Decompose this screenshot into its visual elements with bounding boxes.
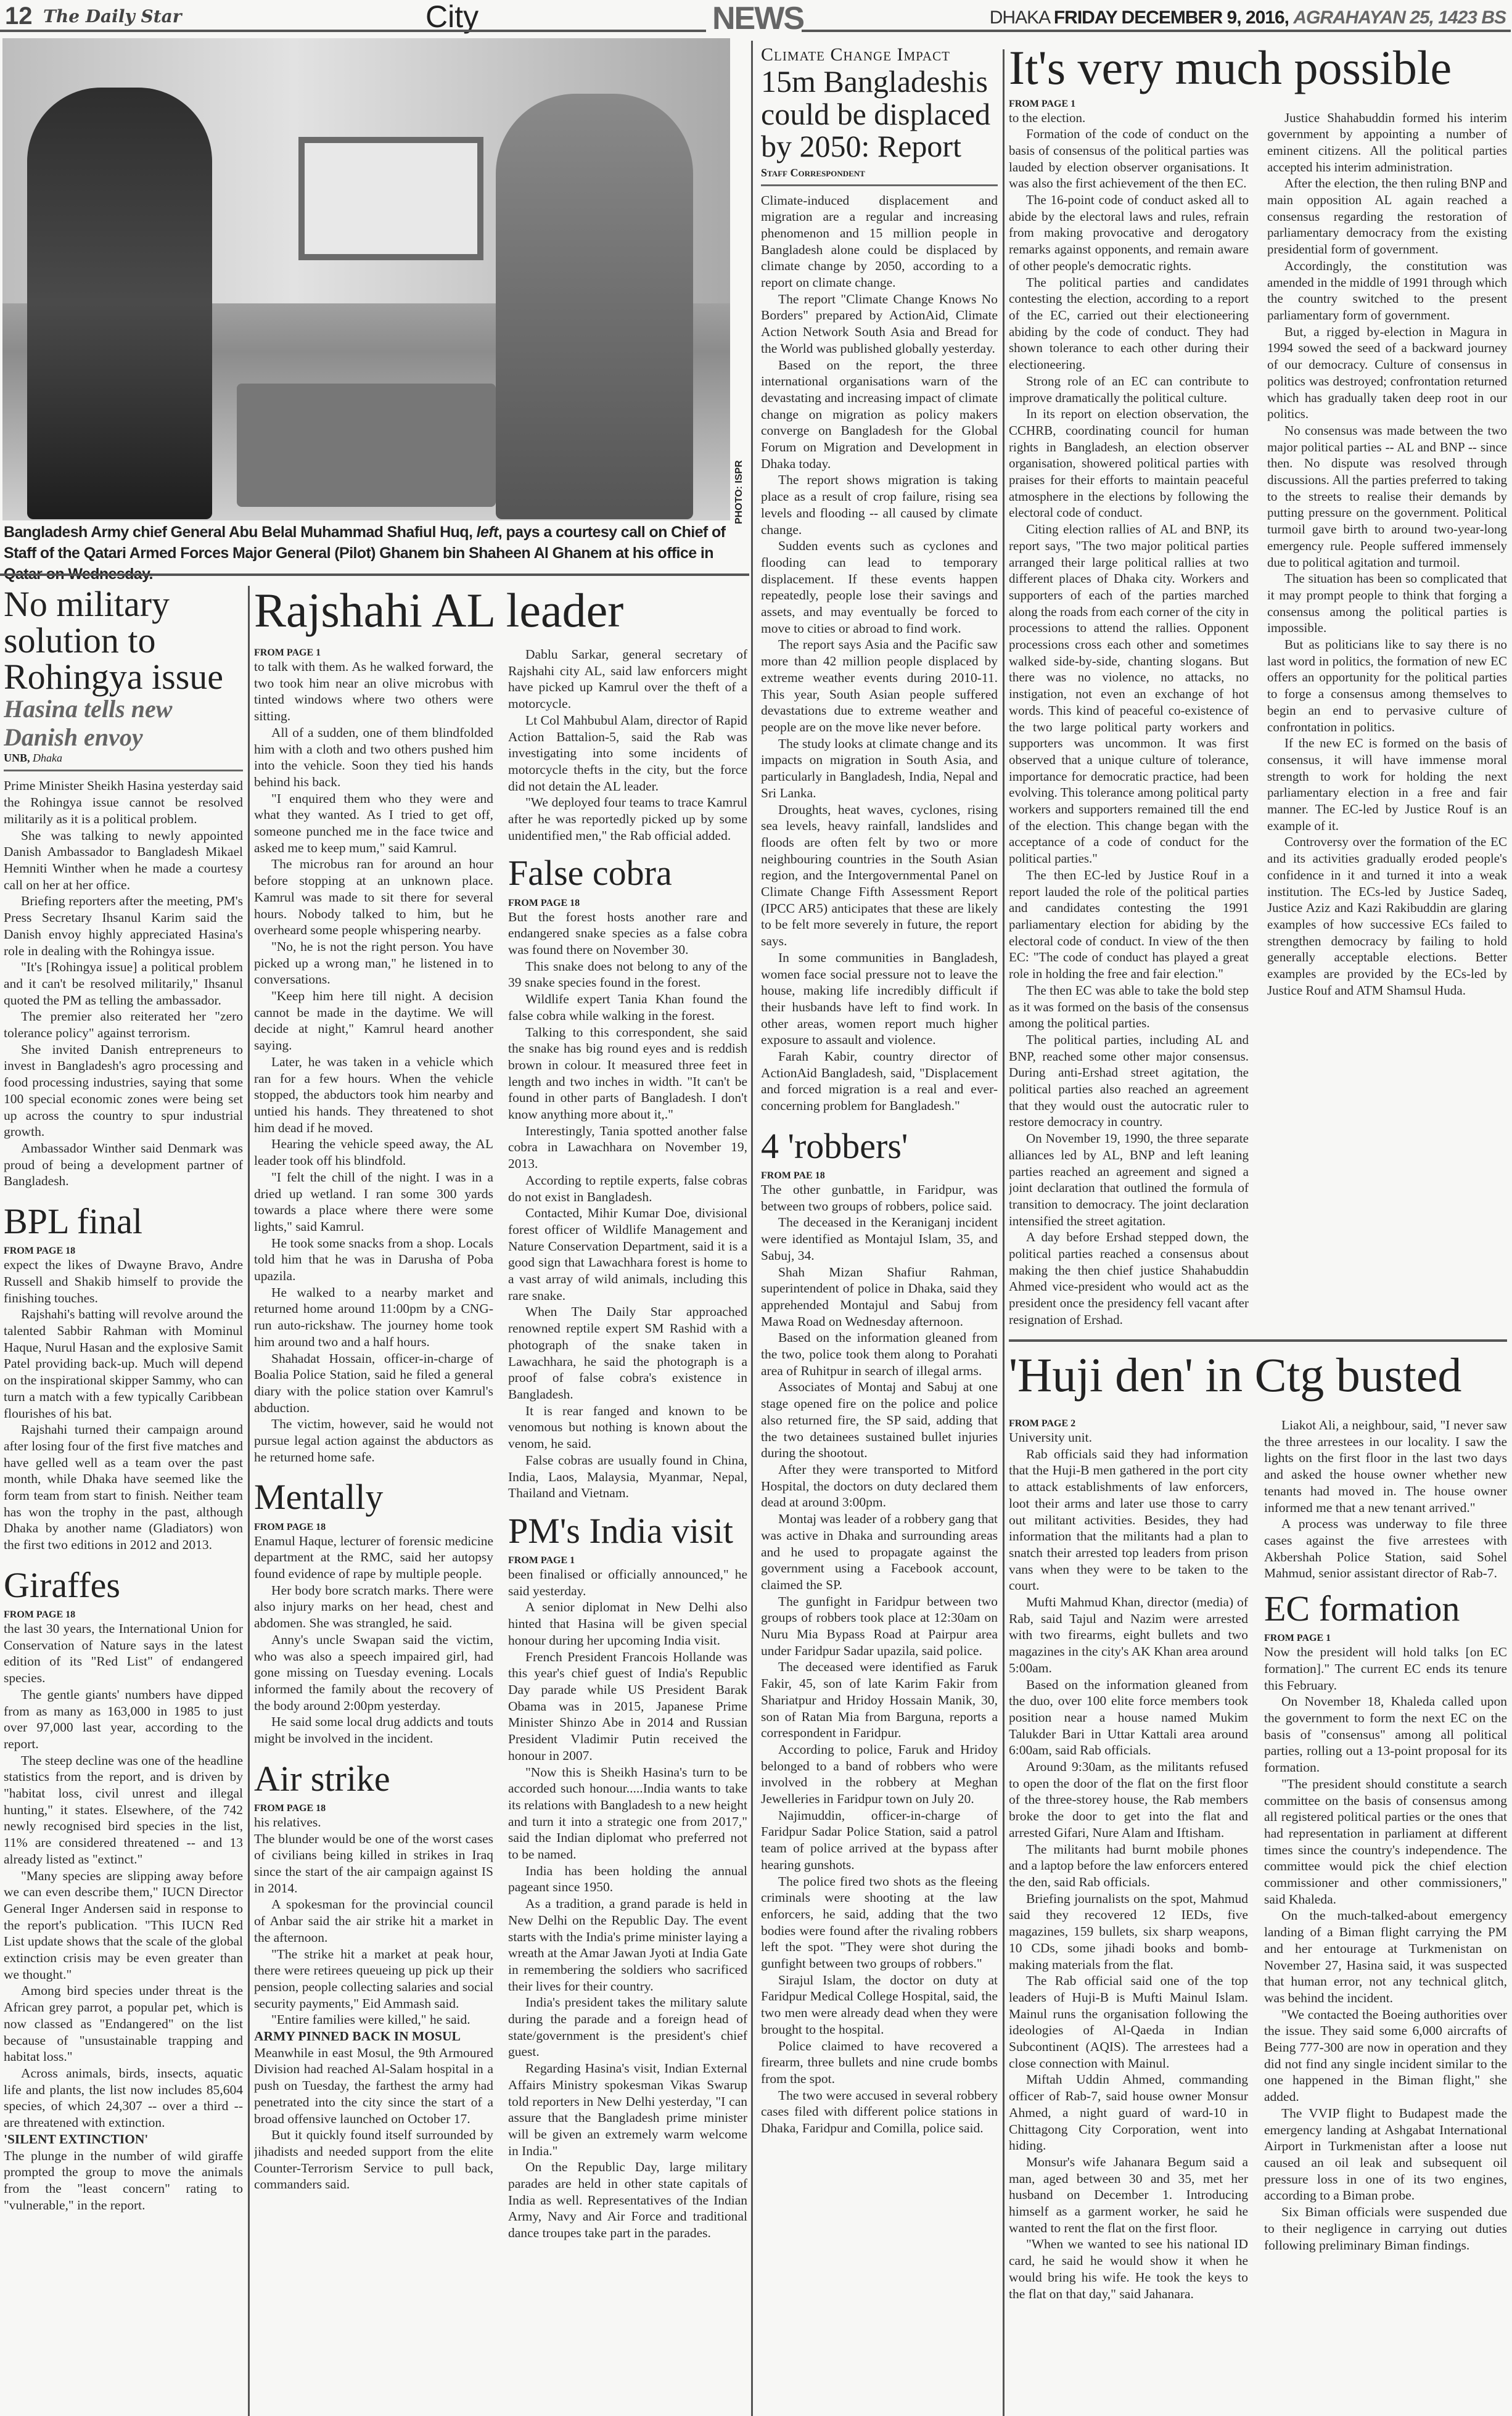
byline-climate: Staff Correspondent (761, 166, 998, 179)
person-left (27, 88, 212, 519)
jump-label-mentally: FROM PAGE 18 (254, 1522, 493, 1533)
page-number: 12 (5, 2, 33, 30)
article-body-huji-cont: Liakot Ali, a neighbour, said, "I never … (1264, 1417, 1507, 1582)
dateline-date: FRIDAY DECEMBER 9, 2016, (1054, 7, 1289, 28)
newspaper-logo: The Daily Star (43, 6, 182, 27)
column-rule (751, 41, 753, 2416)
column-rule (248, 586, 250, 2416)
article-body-robbers: The other gunbattle, in Faridpur, was be… (761, 1181, 998, 2137)
column-huji-ec: Liakot Ali, a neighbour, said, "I never … (1264, 1412, 1507, 2416)
article-body-giraffes: the last 30 years, the International Uni… (4, 1621, 243, 2213)
article-body-rohingya: Prime Minister Sheikh Hasina yesterday s… (4, 778, 243, 1190)
column-rule (1003, 49, 1005, 2416)
headline-false-cobra: False cobra (508, 855, 747, 891)
headline-ec-formation: EC formation (1264, 1590, 1507, 1627)
jump-label-huji: FROM PAGE 2 (1009, 1418, 1248, 1429)
jump-label-giraffes: FROM PAGE 18 (4, 1609, 243, 1621)
wall-portrait (298, 137, 483, 260)
news-photo (2, 38, 730, 520)
headline-huji: 'Huji den' in Ctg busted (1009, 1350, 1507, 1400)
possible-block: It's very much possible FROM PAGE 1 to t… (1009, 43, 1507, 1350)
section-rule (1009, 1339, 1507, 1342)
headline-mentally: Mentally (254, 1479, 493, 1515)
article-body-huji: University unit. Rab officials said they… (1009, 1429, 1248, 2302)
article-body-possible: to the election. Formation of the code o… (1009, 110, 1507, 1343)
side-table (237, 384, 496, 507)
jump-label-rajshahi: FROM PAGE 1 (254, 647, 493, 659)
subhead-rohingya: Hasina tells new Danish envoy (4, 695, 243, 752)
headline-possible: It's very much possible (1009, 43, 1507, 92)
column-huji: FROM PAGE 2 University unit. Rab officia… (1009, 1412, 1248, 2416)
masthead: 12 The Daily Star City NEWS DHAKA FRIDAY… (0, 0, 1512, 32)
dateline-bangla: AGRAHAYAN 25, 1423 BS (1293, 7, 1506, 28)
article-body-mentally: Enamul Haque, lecturer of forensic medic… (254, 1533, 493, 1747)
column-left: No military solution to Rohingya issue H… (4, 586, 243, 2416)
column-mid-right: Dablu Sarkar, general secretary of Rajsh… (508, 641, 747, 2416)
headline-giraffes: Giraffes (4, 1567, 243, 1603)
headline-rohingya: No military solution to Rohingya issue (4, 586, 243, 695)
jump-label-air-strike: FROM PAGE 18 (254, 1803, 493, 1814)
jump-label-bpl: FROM PAGE 18 (4, 1246, 243, 1257)
person-right (496, 94, 693, 519)
jump-label-possible: FROM PAGE 1 (1009, 99, 1507, 110)
column-climate: Climate Change Impact 15m Bangladeshis c… (761, 44, 998, 2416)
masthead-rule-left (0, 30, 706, 32)
jump-label-ec: FROM PAGE 1 (1264, 1633, 1507, 1644)
headline-bpl: BPL final (4, 1203, 243, 1239)
column-mid-left: FROM PAGE 1 to talk with them. As he wal… (254, 641, 493, 2416)
headline-rajshahi: Rajshahi AL leader (254, 586, 747, 635)
byline-rohingya: UNB, Dhaka (4, 752, 243, 765)
photo-credit: PHOTO: ISPR (734, 432, 752, 524)
headline-robbers: 4 'robbers' (761, 1128, 998, 1164)
news-label: NEWS (712, 0, 803, 37)
jump-label-robbers: FROM PAE 18 (761, 1170, 998, 1181)
jump-label-pm-india: FROM PAGE 1 (508, 1555, 747, 1566)
article-body-bpl: expect the likes of Dwayne Bravo, Andre … (4, 1257, 243, 1553)
article-body-rajshahi-cont: Dablu Sarkar, general secretary of Rajsh… (508, 646, 747, 844)
headline-pm-india-visit: PM's India visit (508, 1513, 747, 1549)
article-body-rajshahi: to talk with them. As he walked forward,… (254, 659, 493, 1465)
article-body-climate: Climate-induced displacement and migrati… (761, 192, 998, 1114)
article-body-pm-india: been finalised or officially announced,"… (508, 1566, 747, 2241)
masthead-rule-right (802, 30, 1511, 32)
kicker-climate: Climate Change Impact (761, 44, 998, 65)
headline-air-strike: Air strike (254, 1761, 493, 1797)
headline-climate: 15m Bangladeshis could be displaced by 2… (761, 65, 998, 163)
article-body-ec: Now the president will hold talks [on EC… (1264, 1644, 1507, 2253)
dateline: DHAKA FRIDAY DECEMBER 9, 2016, AGRAHAYAN… (990, 7, 1506, 28)
huji-head: 'Huji den' in Ctg busted (1009, 1350, 1507, 1418)
dateline-city: DHAKA (990, 7, 1050, 28)
article-body-air-strike: his relatives. The blunder would be one … (254, 1814, 493, 2193)
caption-rule (0, 573, 749, 576)
article-body-false-cobra: But the forest hosts another rare and en… (508, 909, 747, 1502)
jump-label-false-cobra: FROM PAGE 18 (508, 898, 747, 909)
